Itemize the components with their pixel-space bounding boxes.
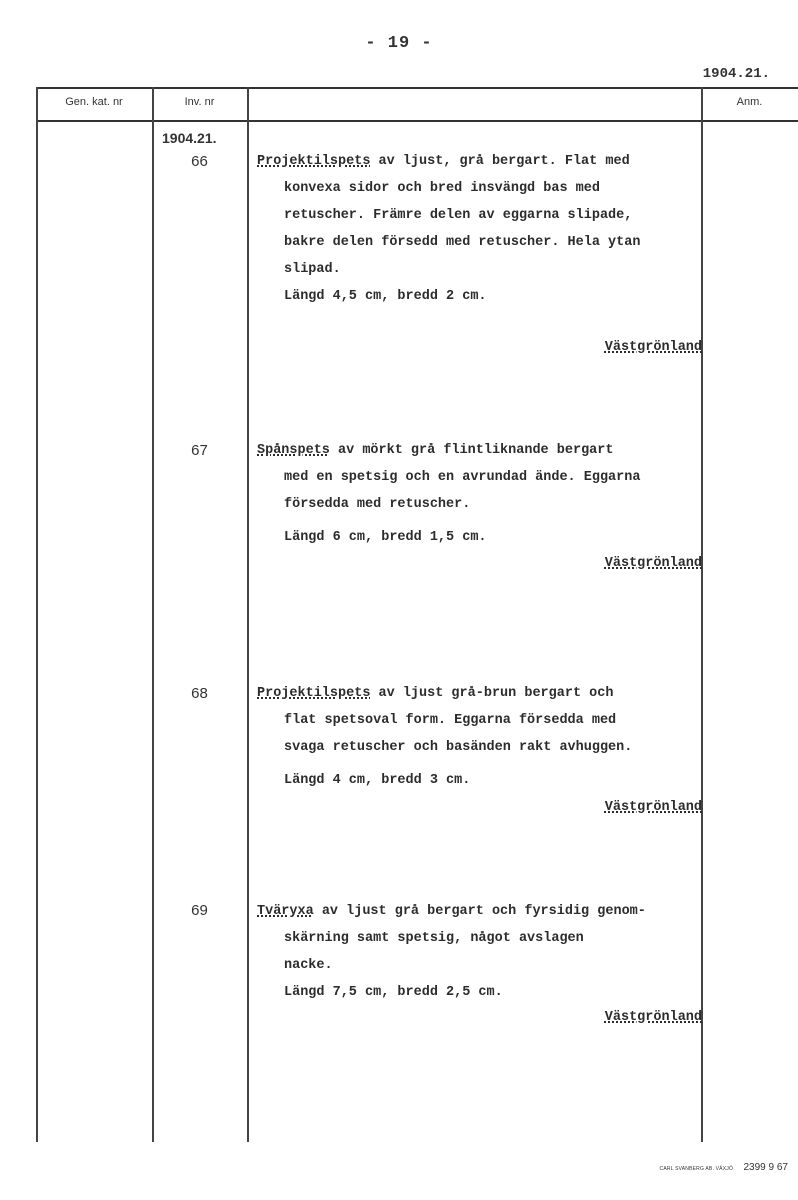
entry-line: försedda med retuscher. (257, 491, 702, 518)
entry-line: av ljust grå-brun bergart och (370, 686, 613, 701)
entry-line: av ljust, grå bergart. Flat med (370, 154, 629, 169)
entry-region-66: Västgrönland (257, 334, 724, 361)
entry-region-68: Västgrönland (257, 794, 724, 821)
entry-66: Projektilspets av ljust, grå bergart. Fl… (257, 148, 702, 310)
entry-69: Tväryxa av ljust grå bergart och fyrsidi… (257, 898, 702, 1006)
entry-measurements: Längd 4 cm, bredd 3 cm. (257, 767, 702, 794)
entry-line: skärning samt spetsig, något avslagen (257, 925, 702, 952)
entry-measurements: Längd 4,5 cm, bredd 2 cm. (257, 283, 702, 310)
entry-line: av mörkt grå flintliknande bergart (330, 443, 614, 458)
entry-line: bakre delen försedd med retuscher. Hela … (257, 229, 702, 256)
entry-line: av ljust grå bergart och fyrsidig genom- (314, 904, 646, 919)
entry-term: Projektilspets (257, 154, 370, 169)
form-code: 2399 9 67 (744, 1162, 789, 1173)
inv-number-67: 67 (152, 442, 247, 459)
inv-number-66: 66 (152, 153, 247, 170)
entry-line: svaga retuscher och basänden rakt avhugg… (257, 734, 702, 761)
printer-footer: CARL SVANBERG AB. VÄXJÖ 2399 9 67 (660, 1157, 788, 1175)
header-gen-kat-nr: Gen. kat. nr (36, 96, 152, 108)
col-divider-2 (247, 87, 249, 1142)
entry-measurements: Längd 7,5 cm, bredd 2,5 cm. (257, 979, 702, 1006)
entry-line: med en spetsig och en avrundad ände. Egg… (257, 464, 702, 491)
printer-name: CARL SVANBERG AB. VÄXJÖ (660, 1166, 734, 1172)
inv-number-69: 69 (152, 902, 247, 919)
table-header-rule (36, 120, 798, 122)
entry-line: flat spetsoval form. Eggarna försedda me… (257, 707, 702, 734)
table-top-rule (36, 87, 798, 89)
entry-line: slipad. (257, 256, 702, 283)
entry-region-69: Västgrönland (257, 1004, 724, 1031)
entry-line: nacke. (257, 952, 702, 979)
inv-number-68: 68 (152, 685, 247, 702)
entry-term: Tväryxa (257, 904, 314, 919)
top-reference: 1904.21. (703, 66, 770, 82)
header-inv-nr: Inv. nr (152, 96, 247, 108)
inv-prefix: 1904.21. (162, 130, 217, 146)
entry-measurements: Längd 6 cm, bredd 1,5 cm. (257, 524, 702, 551)
entry-67: Spånspets av mörkt grå flintliknande ber… (257, 437, 702, 551)
entry-line: retuscher. Främre delen av eggarna slipa… (257, 202, 702, 229)
entry-term: Spånspets (257, 443, 330, 458)
entry-68: Projektilspets av ljust grå-brun bergart… (257, 680, 702, 794)
entry-region-67: Västgrönland (257, 550, 724, 577)
entry-line: konvexa sidor och bred insvängd bas med (257, 175, 702, 202)
page-number: - 19 - (0, 34, 798, 53)
col-divider-left (36, 87, 38, 1142)
col-divider-1 (152, 87, 154, 1142)
entry-term: Projektilspets (257, 686, 370, 701)
header-anm: Anm. (701, 96, 798, 108)
